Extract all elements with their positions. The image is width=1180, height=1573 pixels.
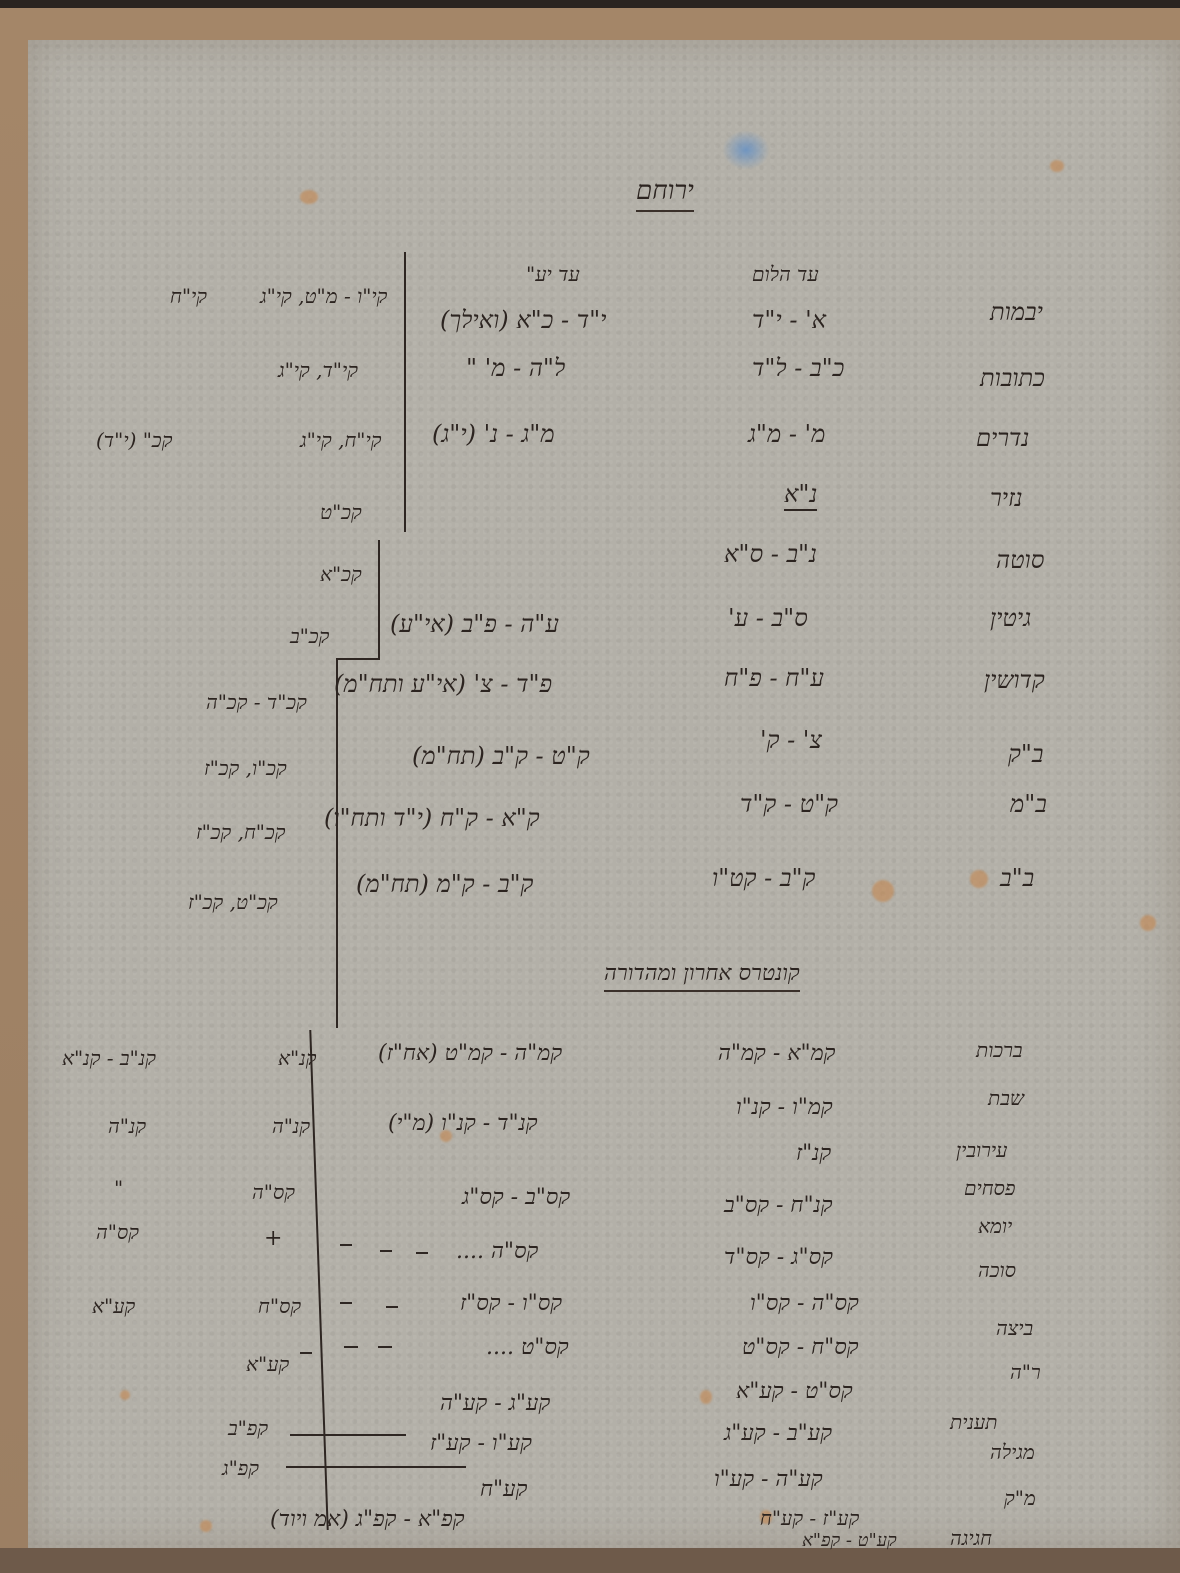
range: ק"ט - ק"ד (740, 790, 838, 819)
range: נ"א (784, 480, 817, 511)
margin-ref: קנ"א (278, 1046, 316, 1071)
margin-ref: קכ"ד - קכ"ה (206, 690, 307, 715)
margin-ref: קכ"ב (290, 624, 329, 649)
section2-heading: קונטרס אחרון ומהדורה (604, 960, 800, 992)
leader-line (290, 1434, 406, 1436)
range: כ"ב - ל"ד (752, 354, 844, 383)
leader-dash (300, 1352, 312, 1354)
range: קס"ג - קס"ד (724, 1244, 833, 1270)
range2: ק"א - ק"ח (י"ד ותח"ו) (324, 804, 540, 833)
stain (300, 190, 318, 204)
range: קס"ה - קס"ו (750, 1290, 859, 1316)
range2: פ"ד - צ' (אי"ע ותח"מ) (334, 670, 552, 699)
range: קע"ז - קע"ח (760, 1506, 859, 1531)
stain (200, 1520, 212, 1532)
tractate-name: ביצה (996, 1316, 1033, 1341)
tractate-name: חגיגה (950, 1526, 992, 1551)
range: קמ"א - קמ"ה (718, 1040, 835, 1066)
section1-heading: ירוחם (636, 176, 694, 212)
range: קמ"ו - קנ"ו (736, 1094, 833, 1120)
stain (120, 1390, 130, 1400)
margin-ref: קי"ח, קי"ג (300, 428, 381, 453)
tractate-name: נדרים (976, 424, 1029, 453)
tractate-name: ב"מ (1010, 790, 1047, 819)
range: נ"ב - ס"א (724, 540, 817, 569)
bottom-edge (0, 1548, 1180, 1573)
range2: קנ"ד - קנ"ו (מ"י) (388, 1110, 538, 1136)
margin-ref: קס"ח (258, 1294, 301, 1319)
margin-ref: קי"ו - מ"ט, קי"ג (260, 284, 387, 309)
leader-dash (340, 1302, 352, 1304)
margin-ref: קכ"ו, קכ"ז (204, 756, 287, 781)
range: ס"ב - ע' (728, 604, 808, 633)
range2: קס"ב - קס"ג (462, 1184, 570, 1210)
leader-dash (380, 1250, 392, 1252)
range2: מ"ג - נ' (י"ג) (432, 420, 555, 449)
range2: קס"ה .... (456, 1238, 538, 1264)
leader-dash (416, 1252, 428, 1254)
margin-ref: + (264, 1226, 282, 1251)
tractate-name: סוטה (996, 546, 1044, 575)
bracket-rule (404, 252, 406, 532)
range2: קע"ו - קע"ז (430, 1430, 532, 1456)
stain (970, 870, 988, 888)
range: קע"ה - קע"ו (714, 1466, 823, 1492)
far-ref: קנ"ב - קנ"א (62, 1046, 156, 1071)
tractate-name: מ"ק (1004, 1486, 1036, 1511)
margin-ref: קי"ד, קי"ג (278, 358, 358, 383)
margin-ref: קכ"ט (320, 500, 362, 525)
far-ref: קכ" (י"ד) (96, 428, 172, 453)
leader-dash (386, 1306, 398, 1308)
range2: י"ד - כ"א (ואילך) (440, 306, 606, 335)
margin-ref: קפ"ג (222, 1456, 259, 1481)
tractate-name: ב"ב (1000, 864, 1034, 893)
tractate-name: יומא (978, 1214, 1012, 1239)
stain (1050, 160, 1064, 172)
range: קס"ט - קע"א (736, 1378, 853, 1404)
range2: קע"ג - קע"ה (440, 1390, 550, 1416)
range: קע"ט - קפ"א (802, 1530, 897, 1551)
range2: ק"ב - ק"מ (תח"מ) (356, 870, 533, 899)
range: צ' - ק' (760, 726, 822, 755)
tractate-name: תענית (950, 1410, 997, 1435)
margin-ref: קס"ה (252, 1180, 295, 1205)
tractate-name: כתובות (980, 364, 1045, 393)
range: ע"ח - פ"ח (724, 664, 824, 693)
range2: קמ"ה - קמ"ט (אח"ז) (378, 1040, 562, 1066)
tractate-name: ר"ה (1010, 1360, 1041, 1385)
bracket-rule (378, 540, 380, 658)
tractate-name: ברכות (976, 1038, 1023, 1063)
range2: קע"ח (480, 1476, 527, 1502)
tractate-name: מגילה (990, 1440, 1035, 1465)
range: קנ"ז (796, 1140, 831, 1166)
bracket-rule (336, 658, 338, 1028)
leader-dash (344, 1346, 358, 1348)
tractate-name: עירובין (956, 1138, 1007, 1163)
tractate-name: קדושין (984, 666, 1045, 695)
margin-ref: קפ"ב (228, 1416, 268, 1441)
far-ref: קי"ח (170, 284, 207, 309)
tractate-name: נזיר (990, 484, 1023, 513)
blue-ink-mark (722, 130, 770, 170)
range2: קס"ט .... (486, 1334, 569, 1360)
tractate-name: שבת (988, 1086, 1024, 1111)
range2: קפ"א - קפ"ג (אמ ויוד) (270, 1506, 465, 1532)
tractate-name: ב"ק (1008, 740, 1043, 769)
range2: ע"ה - פ"ב (אי"ע) (390, 610, 559, 639)
margin-ref: קכ"א (320, 562, 362, 587)
range: קנ"ח - קס"ב (724, 1192, 833, 1218)
far-ref: קע"א (92, 1294, 135, 1319)
margin-ref: קכ"ח, קכ"ז (196, 820, 285, 845)
leader-dash (378, 1346, 392, 1348)
stain (872, 880, 894, 902)
range2: קס"ו - קס"ז (460, 1290, 562, 1316)
range: א' - י"ד (752, 306, 826, 335)
column-header-inner: עד יע" (526, 262, 580, 287)
tractate-name: פסחים (964, 1176, 1015, 1201)
margin-ref: קכ"ט, קכ"ז (188, 890, 278, 915)
tractate-name: גיטין (990, 604, 1031, 633)
stain (1140, 915, 1156, 931)
far-ref: קס"ה (96, 1220, 139, 1245)
stain (700, 1390, 712, 1404)
column-header-middle: עד הלום (752, 262, 819, 287)
leader-line (286, 1466, 466, 1468)
margin-ref: קע"א (246, 1352, 289, 1377)
far-ref: " (114, 1176, 123, 1200)
range: מ' - מ"ג (748, 420, 825, 449)
range: ק"ב - קט"ו (712, 864, 815, 893)
tractate-name: יבמות (990, 298, 1043, 327)
margin-ref: קנ"ה (272, 1114, 310, 1139)
far-ref: קנ"ה (108, 1114, 146, 1139)
leader-dash (340, 1244, 352, 1246)
tractate-name: סוכה (978, 1258, 1016, 1283)
bracket-rule (338, 658, 380, 660)
range2: ק"ט - ק"ב (תח"מ) (412, 742, 590, 771)
range: קס"ח - קס"ט (742, 1334, 859, 1360)
range2: ל"ה - מ' " (466, 354, 565, 383)
range: קע"ב - קע"ג (724, 1420, 832, 1446)
